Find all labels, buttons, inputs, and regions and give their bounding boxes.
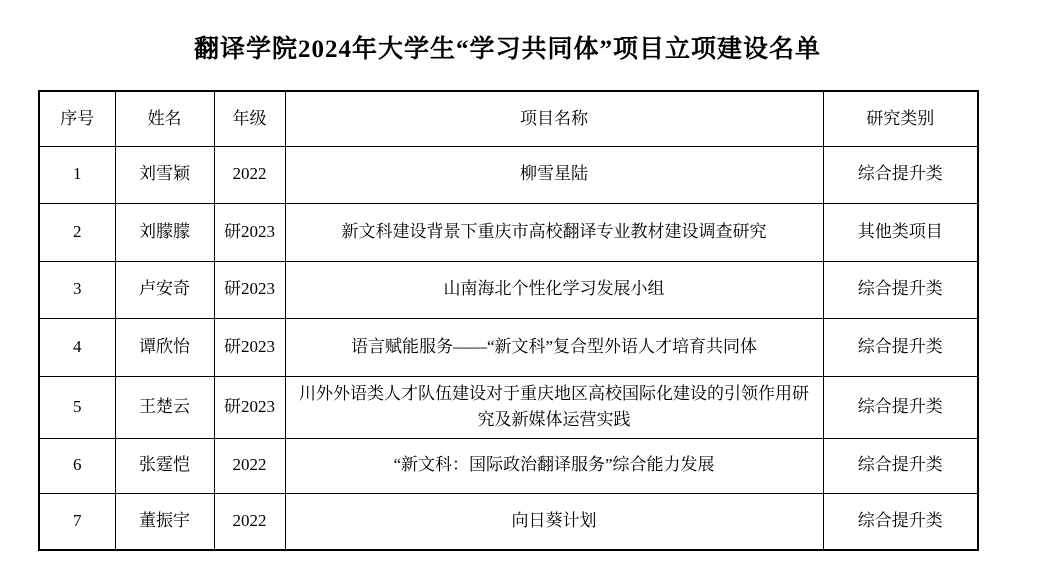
cell-grade: 2022 xyxy=(214,493,285,550)
cell-grade: 2022 xyxy=(214,438,285,493)
cell-name: 卢安奇 xyxy=(115,261,214,318)
cell-grade: 研2023 xyxy=(214,203,285,261)
cell-category: 综合提升类 xyxy=(823,376,978,438)
cell-grade: 研2023 xyxy=(214,376,285,438)
cell-grade: 研2023 xyxy=(214,318,285,376)
document-title: 翻译学院2024年大学生“学习共同体”项目立项建设名单 xyxy=(38,34,977,66)
cell-category: 综合提升类 xyxy=(823,318,978,376)
table-row: 3 卢安奇 研2023 山南海北个性化学习发展小组 综合提升类 xyxy=(39,261,978,318)
table-row: 6 张霆恺 2022 “新文科：国际政治翻译服务”综合能力发展 综合提升类 xyxy=(39,438,978,493)
cell-number: 6 xyxy=(39,438,115,493)
table-row: 4 谭欣怡 研2023 语言赋能服务——“新文科”复合型外语人才培育共同体 综合… xyxy=(39,318,978,376)
cell-grade: 研2023 xyxy=(214,261,285,318)
header-cell-grade: 年级 xyxy=(214,91,285,146)
header-cell-name: 姓名 xyxy=(115,91,214,146)
table-row: 5 王楚云 研2023 川外外语类人才队伍建设对于重庆地区高校国际化建设的引领作… xyxy=(39,376,978,438)
cell-project: 新文科建设背景下重庆市高校翻译专业教材建设调查研究 xyxy=(285,203,823,261)
cell-name: 刘雪颖 xyxy=(115,146,214,203)
cell-number: 1 xyxy=(39,146,115,203)
header-cell-category: 研究类别 xyxy=(823,91,978,146)
cell-project: 柳雪星陆 xyxy=(285,146,823,203)
cell-name: 张霆恺 xyxy=(115,438,214,493)
cell-number: 7 xyxy=(39,493,115,550)
cell-category: 综合提升类 xyxy=(823,261,978,318)
cell-name: 谭欣怡 xyxy=(115,318,214,376)
cell-category: 其他类项目 xyxy=(823,203,978,261)
cell-project: 向日葵计划 xyxy=(285,493,823,550)
cell-category: 综合提升类 xyxy=(823,493,978,550)
cell-project: 山南海北个性化学习发展小组 xyxy=(285,261,823,318)
document-page: 翻译学院2024年大学生“学习共同体”项目立项建设名单 序号 姓名 年级 项目名… xyxy=(0,0,1062,576)
cell-project: “新文科：国际政治翻译服务”综合能力发展 xyxy=(285,438,823,493)
table-row: 7 董振宇 2022 向日葵计划 综合提升类 xyxy=(39,493,978,550)
cell-grade: 2022 xyxy=(214,146,285,203)
cell-number: 4 xyxy=(39,318,115,376)
header-cell-project: 项目名称 xyxy=(285,91,823,146)
cell-name: 董振宇 xyxy=(115,493,214,550)
cell-name: 刘朦朦 xyxy=(115,203,214,261)
header-cell-number: 序号 xyxy=(39,91,115,146)
table-row: 2 刘朦朦 研2023 新文科建设背景下重庆市高校翻译专业教材建设调查研究 其他… xyxy=(39,203,978,261)
cell-category: 综合提升类 xyxy=(823,146,978,203)
table-header-row: 序号 姓名 年级 项目名称 研究类别 xyxy=(39,91,978,146)
cell-name: 王楚云 xyxy=(115,376,214,438)
table-row: 1 刘雪颖 2022 柳雪星陆 综合提升类 xyxy=(39,146,978,203)
project-list-table: 序号 姓名 年级 项目名称 研究类别 1 刘雪颖 2022 柳雪星陆 综合提升类… xyxy=(38,90,979,551)
cell-number: 3 xyxy=(39,261,115,318)
cell-project: 川外外语类人才队伍建设对于重庆地区高校国际化建设的引领作用研究及新媒体运营实践 xyxy=(285,376,823,438)
cell-project: 语言赋能服务——“新文科”复合型外语人才培育共同体 xyxy=(285,318,823,376)
cell-category: 综合提升类 xyxy=(823,438,978,493)
cell-number: 2 xyxy=(39,203,115,261)
cell-number: 5 xyxy=(39,376,115,438)
